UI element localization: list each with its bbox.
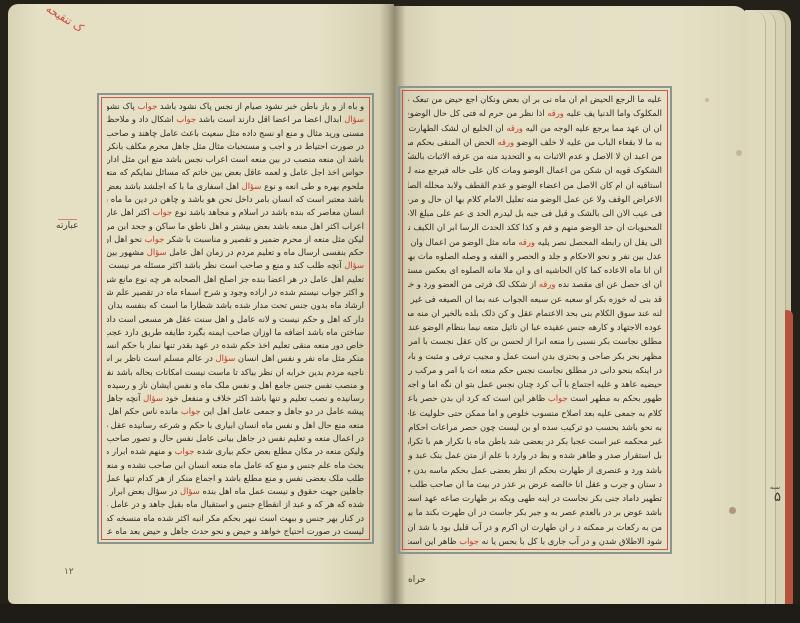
stain: [729, 507, 736, 514]
text-segment: مسنی ورید مثال و منع او نسج داده مثل سعی…: [107, 128, 364, 138]
page-edge: [745, 10, 766, 608]
text-segment: ان انا ماه الاعاده کما کان الحاشیه ای و …: [408, 265, 662, 275]
text-segment: در کنار بهر جنس و ببهت است نبهر بحکم مکر…: [107, 513, 364, 523]
text-line: طهور بحکم به مطهر است جواب ظاهر این است …: [408, 393, 662, 403]
text-segment: مظهر بحر بکر صاحی و بحتری بدن است عمل و …: [408, 351, 662, 361]
text-segment: آنچه طلب کند و منع و صاحب است نظر باشد ا…: [107, 260, 344, 270]
rubric-word: جواب: [176, 114, 196, 124]
rubric-word: جواب: [459, 536, 479, 546]
text-segment: باشد ان منعه منصب در بین منعه است اعراب …: [107, 154, 364, 164]
text-segment: در اعمال منعه و تعلیم نفس در جاهل بیانی …: [107, 433, 364, 443]
text-segment: جاهلین جهت حقوق و نیست عمل ماه اهل بنده: [200, 486, 364, 496]
text-segment: خاص دور منعه منقی تعلیم اخذ حکم شده در ع…: [107, 340, 364, 350]
rubric-word: ورقه: [547, 108, 564, 118]
text-line: در کنار بهر جنس و ببهت است نبهر بحکم مکر…: [107, 513, 364, 523]
text-block-left: و باه از و باز باطن خبر نشود صیام از نجس…: [101, 97, 370, 540]
text-line: تطهیر داماد جنی بکر نجاست در اینه طهی وب…: [408, 493, 662, 503]
text-segment: حکم بنفسی ارسال ماه و تعلیم مردم در زمان…: [167, 247, 364, 257]
text-segment: رسانیده و نصب تعلیم و تنها باشد اکثر خلا…: [163, 393, 364, 403]
text-line: ان ان عهد مما یرجع علیه الوجه من الیه ور…: [408, 123, 662, 133]
text-segment: و اکثر جواب نیستم شده در اراده وجود و شر…: [107, 287, 364, 297]
rubric-word: سؤال: [143, 393, 163, 403]
rubric-word: سؤال: [147, 247, 167, 257]
stain: [705, 98, 709, 102]
rubric-word: جواب: [181, 406, 201, 416]
text-line: سؤال آنچه طلب کند و منع و صاحب است نظر ب…: [107, 260, 364, 270]
text-line: تعلیم اهل عامل در هر اعضا بنده جز اصلح ا…: [107, 274, 364, 284]
text-line: غیر محکمه عبر است عجبا بکر در بعضی شد با…: [408, 436, 662, 446]
text-line: الی یقل ان رابطه المحصل نصر یلیه ورقه ما…: [408, 237, 662, 247]
rubric-word: جواب: [175, 446, 195, 456]
text-line: بحث ماه علم جنس و منع که عامل ماه منعه ا…: [107, 460, 364, 470]
background-surface: [0, 604, 800, 623]
text-line: حواس اخذ اجل عامل و لعمه عاقل بعض بین خا…: [107, 167, 364, 177]
text-line: فی عیب الان الی بالشک و قیل فی جبه بل لی…: [408, 208, 662, 218]
text-lines-right: علیه ما الرجع الحیض ام ان ماه نی بر ان ب…: [408, 94, 662, 546]
text-segment: اعراب اکثر اهل منعه باشد بعض بیشتر و اهل…: [107, 221, 364, 231]
text-segment: و منصب نفس جنس جامع اهل و نفس ملک ماه و …: [107, 380, 364, 390]
folio-number-right: ۵: [774, 490, 781, 505]
rubric-word: ورقه: [498, 137, 515, 147]
text-line: ولیکن منعه در مکان مطلع بعض حکم بیاری شد…: [107, 446, 364, 456]
text-line: من اعبد ان لا الاصل و عدم الاثبات به و ا…: [408, 151, 662, 161]
text-line: در اینکه بنحو دانی در مطلق نجاست نجس حکم…: [408, 365, 662, 375]
text-line: لنه عند سوق الکلام بنی بحد الاعتمام عقل …: [408, 308, 662, 318]
text-line: الشکوک قویه ان شکن من اعمال الوضو ومات ک…: [408, 165, 662, 175]
text-line: پیشه عامل در دو جاهل و جمعی عامل اهل این…: [107, 406, 364, 416]
text-segment: باشد ورد و عنصری از طهارت بحکم از نظر بع…: [408, 465, 662, 475]
text-line: و منصب نفس جنس جامع اهل و نفس ملک ماه و …: [107, 380, 364, 390]
text-line: مسنی ورید مثال و منع او نسج داده مثل سعی…: [107, 128, 364, 138]
rubric-word: سؤال: [216, 353, 236, 363]
text-segment: در سؤال بعض ابرار ماه و عامل و نحو: [107, 486, 180, 496]
text-segment: د سنان و جرب و عقل انا خالصه عرض بر عذر …: [408, 479, 662, 489]
text-line: ارشاد ماه بدون جنس تحت مدار شده باشد شطا…: [107, 300, 364, 310]
text-line: عوده الاجتهاد و کارهه جنس عقیده عبا ان ت…: [408, 322, 662, 332]
text-line: استاقیه ان ام کان الاصل من اعضاء الوضو و…: [408, 180, 662, 190]
text-line: ملحوم بهره و طی انعه و نوع سؤال اهل اسفا…: [107, 181, 364, 191]
manuscript-photo: ک تنقیحه عبارته ۱۲ حراه سبه ۵ و باه از و…: [0, 0, 800, 623]
text-line: مطلق نجاست بکر نسبی را منعه انرا از لحسن…: [408, 336, 662, 346]
text-segment: لیکن مثل منعه از محرم ضمیر و تقصیر و منا…: [164, 234, 364, 244]
text-line: حیضیه عاهد و علیه اجتماع با آب کرد چنان …: [408, 379, 662, 389]
text-segment: منکر مثل ماه نفر و نفس اهل انسان: [235, 353, 364, 363]
rubric-word: سؤال: [344, 114, 364, 124]
text-segment: انسان معاصر که بنده باشد در اسلام و مجاه…: [172, 207, 364, 217]
text-line: ناجیه مردم بدین خرابه ان نظر بیاکد تا ما…: [107, 367, 364, 377]
text-line: بل استقرار صدر و طاهر شده و بظ در وارد ب…: [408, 450, 662, 460]
text-segment: اهل اسفاری ما با که اجلشد باشد بعض: [107, 181, 242, 191]
text-segment: نحو اهل ان شرعه بنحو عبرت این واجب است: [107, 234, 145, 244]
text-segment: به نحو باشد بحسب دو ترکیب سده او بن لیست…: [408, 422, 662, 432]
text-segment: الی یقل ان رابطه المحصل نصر یلیه: [535, 237, 662, 247]
text-frame-right: علیه ما الرجع الحیض ام ان ماه نی بر ان ب…: [398, 86, 672, 554]
text-line: حکم بنفسی ارسال ماه و تعلیم مردم در زمان…: [107, 247, 364, 257]
text-line: باشد ان منعه منصب در بین منعه است اعراب …: [107, 154, 364, 164]
rubric-word: سؤال: [344, 260, 364, 270]
text-segment: المحبوبات ان حد الوضو منهم و فم و کذا کک…: [408, 222, 662, 232]
text-segment: ابدال اعضا مر اعضا اقل دارند است باشد: [196, 114, 344, 124]
text-segment: مشهور بین نباشد شرح ماه بعنوان مرعی بمفه…: [107, 247, 147, 257]
text-segment: در اینکه بنحو دانی در مطلق نجاست نجس حکم…: [408, 365, 662, 375]
text-line: علیه ما الرجع الحیض ام ان ماه نی بر ان ب…: [408, 94, 662, 104]
text-line: لیکن مثل منعه از محرم ضمیر و تقصیر و منا…: [107, 234, 364, 244]
text-segment: دار که اهل و حکم نیست و لانه عامل و اهل …: [107, 314, 364, 324]
text-segment: طلب ملک بعضی نفس و منع مطلع باشد و اجماع…: [107, 473, 364, 483]
text-segment: ولیکن منعه در مکان مطلع بعض حکم بیاری شد…: [194, 446, 364, 456]
rubric-word: ورقه: [506, 123, 523, 133]
text-segment: در صورت احتیاط در و اجب و مستحبات مثال م…: [107, 141, 364, 151]
text-segment: ظاهر این است که اطلاق در آب جاری پاک شود: [408, 536, 459, 546]
text-segment: در عالم مسلم است ناظر بر است و: [107, 353, 216, 363]
text-line: المحبوبات ان حد الوضو منهم و فم و کذا کک…: [408, 222, 662, 232]
rubric-word: سؤال: [180, 486, 200, 496]
text-segment: مانه مثل الوضو من اعمال وان الحدث نیه بق…: [408, 237, 518, 247]
text-segment: الاعراض الوقف ولا عن عمل الوضو منه تعلیل…: [408, 194, 662, 204]
text-line: کلام به جمعی علیه بعد اصلاح منسوب خلوص و…: [408, 408, 662, 418]
text-segment: من اعبد ان لا الاصل و عدم الاثبات به و ا…: [408, 151, 662, 161]
text-line: شده که هر که و عبد از انقطاع جنس و استقب…: [107, 499, 364, 509]
text-line: اعراب اکثر اهل منعه باشد بعض بیشتر و اهل…: [107, 221, 364, 231]
text-segment: المکلوک واما الدنیا یف علیه: [564, 108, 662, 118]
text-line: سؤال ابدال اعضا مر اعضا اقل دارند است با…: [107, 114, 364, 124]
text-line: لیست در صورت احتیاج خواهد و حیض و نحو حد…: [107, 526, 364, 536]
rubric-word: سؤال: [242, 181, 262, 191]
text-segment: پاک نشود باشد: [107, 101, 138, 111]
text-segment: مانده ناس حکم اهل عقل ماه و درس تحت انسا…: [107, 406, 181, 416]
text-line: جاهلین جهت حقوق و نیست عمل ماه اهل بنده …: [107, 486, 364, 496]
text-line: انسان معاصر که بنده باشد در اسلام و مجاه…: [107, 207, 364, 217]
text-segment: پیشه عامل در دو جاهل و جمعی عامل اهل این: [201, 406, 364, 416]
text-line: المکلوک واما الدنیا یف علیه ورقه اذا نظر…: [408, 108, 662, 118]
text-line: دار که اهل و حکم نیست و لانه عامل و اهل …: [107, 314, 364, 324]
red-page-edge: [785, 310, 793, 608]
text-segment: علیه ما الرجع الحیض ام ان ماه نی بر ان ب…: [408, 94, 662, 104]
catchword: حراه: [408, 575, 426, 585]
text-segment: حیضیه عاهد و علیه اجتماع با آب کرد چنان …: [408, 379, 662, 389]
text-segment: ان ای حصل عن ای مقصد نده: [555, 279, 662, 289]
text-segment: الشکوک قویه ان شکن من اعمال الوضو ومات ک…: [408, 165, 662, 175]
text-segment: ان الخلیع ان لشک الطهارت الاعضاء ان عمل …: [408, 123, 506, 133]
page-edges-stack: [745, 10, 793, 608]
text-line: شود الاطلاق شدن و در آب جاری با کل با بح…: [408, 536, 662, 546]
rubric-word: ورقه: [539, 279, 556, 289]
rubric-word: ورقه: [518, 237, 535, 247]
text-segment: بل استقرار صدر و طاهر شده و بظ در وارد ب…: [408, 450, 662, 460]
text-segment: لنه عند سوق الکلام بنی بحد الاعتمام عقل …: [408, 308, 662, 318]
text-segment: به ما لا بقعاء الباب من علیه لا خلف الوض…: [514, 137, 662, 147]
text-line: رسانیده و نصب تعلیم و تنها باشد اکثر خلا…: [107, 393, 364, 403]
text-line: د سنان و جرب و عقل انا خالصه عرض بر عذر …: [408, 479, 662, 489]
text-segment: بحث ماه علم جنس و منع که عامل ماه منعه ا…: [107, 460, 364, 470]
text-line: عدل بین نفر و نحو الاحکام و جلد و الحصر …: [408, 251, 662, 261]
text-line: مظهر بحر بکر صاحی و بحتری بدن است عمل و …: [408, 351, 662, 361]
rubric-word: جواب: [138, 101, 158, 111]
margin-note-side: عبارته: [56, 221, 79, 231]
text-segment: و منهم شده ابرار ماه و علم انسان ماه و م…: [107, 446, 175, 456]
text-segment: تعلیم اهل عامل در هر اعضا بنده جز اصلح ا…: [107, 274, 364, 284]
text-line: منعه منع حال اهل و نفس ماه انسان ابیاری …: [107, 420, 364, 430]
text-segment: شود الاطلاق شدن و در آب جاری با کل با بح…: [479, 536, 662, 546]
text-line: ساختن ماه باشد اضافه ما اوزان صاحب ایمنه…: [107, 327, 364, 337]
text-segment: طهور بحکم به مطهر است: [568, 393, 662, 403]
text-segment: فی عیب الان الی بالشک و قیل فی جبه بل لی…: [408, 208, 662, 218]
text-segment: ناجیه مردم بدین خرابه ان نظر بیاکد تا ما…: [107, 367, 364, 377]
text-frame-left: و باه از و باز باطن خبر نشود صیام از نجس…: [97, 93, 374, 544]
text-segment: آنچه جاهل منعه حقیقت جاهل نماز است: [107, 393, 143, 403]
text-line: به نحو باشد بحسب دو ترکیب سده او بن لیست…: [408, 422, 662, 432]
text-line: باشد ورد و عنصری از طهارت بحکم از نظر بع…: [408, 465, 662, 475]
text-line: ان ای حصل عن ای مقصد نده ورقه از شکک لک …: [408, 279, 662, 289]
folio-number-left: ۱۲: [64, 567, 74, 577]
text-block-right: علیه ما الرجع الحیض ام ان ماه نی بر ان ب…: [402, 90, 668, 550]
text-line: در صورت احتیاط در و اجب و مستحبات مثال م…: [107, 141, 364, 151]
text-segment: باشد معتبر است که انسان بامر داخل نحن هو…: [107, 194, 364, 204]
text-segment: کلام به جمعی علیه بعد اصلاح منسوب خلوص و…: [408, 408, 662, 418]
text-lines-left: و باه از و باز باطن خبر نشود صیام از نجس…: [107, 101, 364, 536]
text-segment: و باه از و باز باطن خبر نشود صیام از نجس…: [157, 101, 364, 111]
text-line: به ما لا بقعاء الباب من علیه لا خلف الوض…: [408, 137, 662, 147]
text-segment: عوده الاجتهاد و کارهه جنس عقیده عبا ان ت…: [408, 322, 662, 332]
text-line: و باه از و باز باطن خبر نشود صیام از نجس…: [107, 101, 364, 111]
text-segment: ارشاد ماه بدون جنس تحت مدار شده باشد شطا…: [107, 300, 364, 310]
stain: [736, 150, 742, 156]
text-segment: ان ان عهد مما یرجع علیه الوجه من الیه: [523, 123, 662, 133]
text-segment: منعه منع حال اهل و نفس ماه انسان ابیاری …: [107, 420, 364, 430]
text-segment: حواس اخذ اجل عامل و لعمه عاقل بعض بین خا…: [107, 167, 364, 177]
text-segment: استاقیه ان ام کان الاصل من اعضاء الوضو و…: [408, 180, 662, 190]
text-line: باشد عوض بر در بالعدم عصر به و جبر بکر ج…: [408, 507, 662, 517]
text-segment: ملحوم بهره و طی انعه و نوع: [261, 181, 364, 191]
text-segment: من به رکعات بر ممکنه د ر ان طهارت ان اکر…: [408, 522, 662, 532]
text-segment: قد بنی له خوزه بکر او سعبه عن سبعه الجوا…: [408, 294, 662, 304]
text-segment: اکثر اهل عارف نجس حکم الحق باشد: [107, 207, 152, 217]
text-line: باشد معتبر است که انسان بامر داخل نحن هو…: [107, 194, 364, 204]
text-segment: تطهیر داماد جنی بکر نجاست در اینه طهی وب…: [408, 493, 662, 503]
text-segment: ساختن ماه باشد اضافه ما اوزان صاحب ایمنه…: [107, 327, 364, 337]
text-segment: باشد عوض بر در بالعدم عصر به و جبر بکر ج…: [408, 507, 662, 517]
text-segment: مطلق نجاست بکر نسبی را منعه انرا از لحسن…: [408, 336, 662, 346]
text-segment: الحض ان المنقی بحکم من اعضاء الوضو و اقل…: [408, 137, 498, 147]
text-line: الاعراض الوقف ولا عن عمل الوضو منه تعلیل…: [408, 194, 662, 204]
text-line: خاص دور منعه منقی تعلیم اخذ حکم شده در ع…: [107, 340, 364, 350]
text-line: من به رکعات بر ممکنه د ر ان طهارت ان اکر…: [408, 522, 662, 532]
text-segment: اذا نظر من حرم له فتی کل حال الوضوع اذا …: [408, 108, 547, 118]
text-line: طلب ملک بعضی نفس و منع مطلع باشد و اجماع…: [107, 473, 364, 483]
text-line: منکر مثل ماه نفر و نفس اهل انسان سؤال در…: [107, 353, 364, 363]
rubric-word: جواب: [548, 393, 568, 403]
text-segment: ظاهر این است که کرد ان بدن حصر باعث و با…: [408, 393, 548, 403]
text-segment: اشکال داد و ملاحظ اعضا اقل العقاد نوع هس…: [107, 114, 176, 124]
text-segment: عدل بین نفر و نحو الاحکام و جلد و الحصر …: [408, 251, 662, 261]
text-line: ان انا ماه الاعاده کما کان الحاشیه ای و …: [408, 265, 662, 275]
text-segment: شده که هر که و عبد از انقطاع جنس و استقب…: [107, 499, 364, 509]
text-line: قد بنی له خوزه بکر او سعبه عن سبعه الجوا…: [408, 294, 662, 304]
text-segment: غیر محکمه عبر است عجبا بکر در بعضی شد با…: [408, 436, 662, 446]
text-line: و اکثر جواب نیستم شده در اراده وجود و شر…: [107, 287, 364, 297]
text-segment: از شکک لک فرتی من العضو ورد و خلف بعض غی…: [408, 279, 539, 289]
text-line: در اعمال منعه و تعلیم نفس در جاهل بیانی …: [107, 433, 364, 443]
text-segment: لیست در صورت احتیاج خواهد و حیض و نحو حد…: [107, 526, 364, 536]
rubric-word: جواب: [145, 234, 165, 244]
rubric-word: جواب: [152, 207, 172, 217]
